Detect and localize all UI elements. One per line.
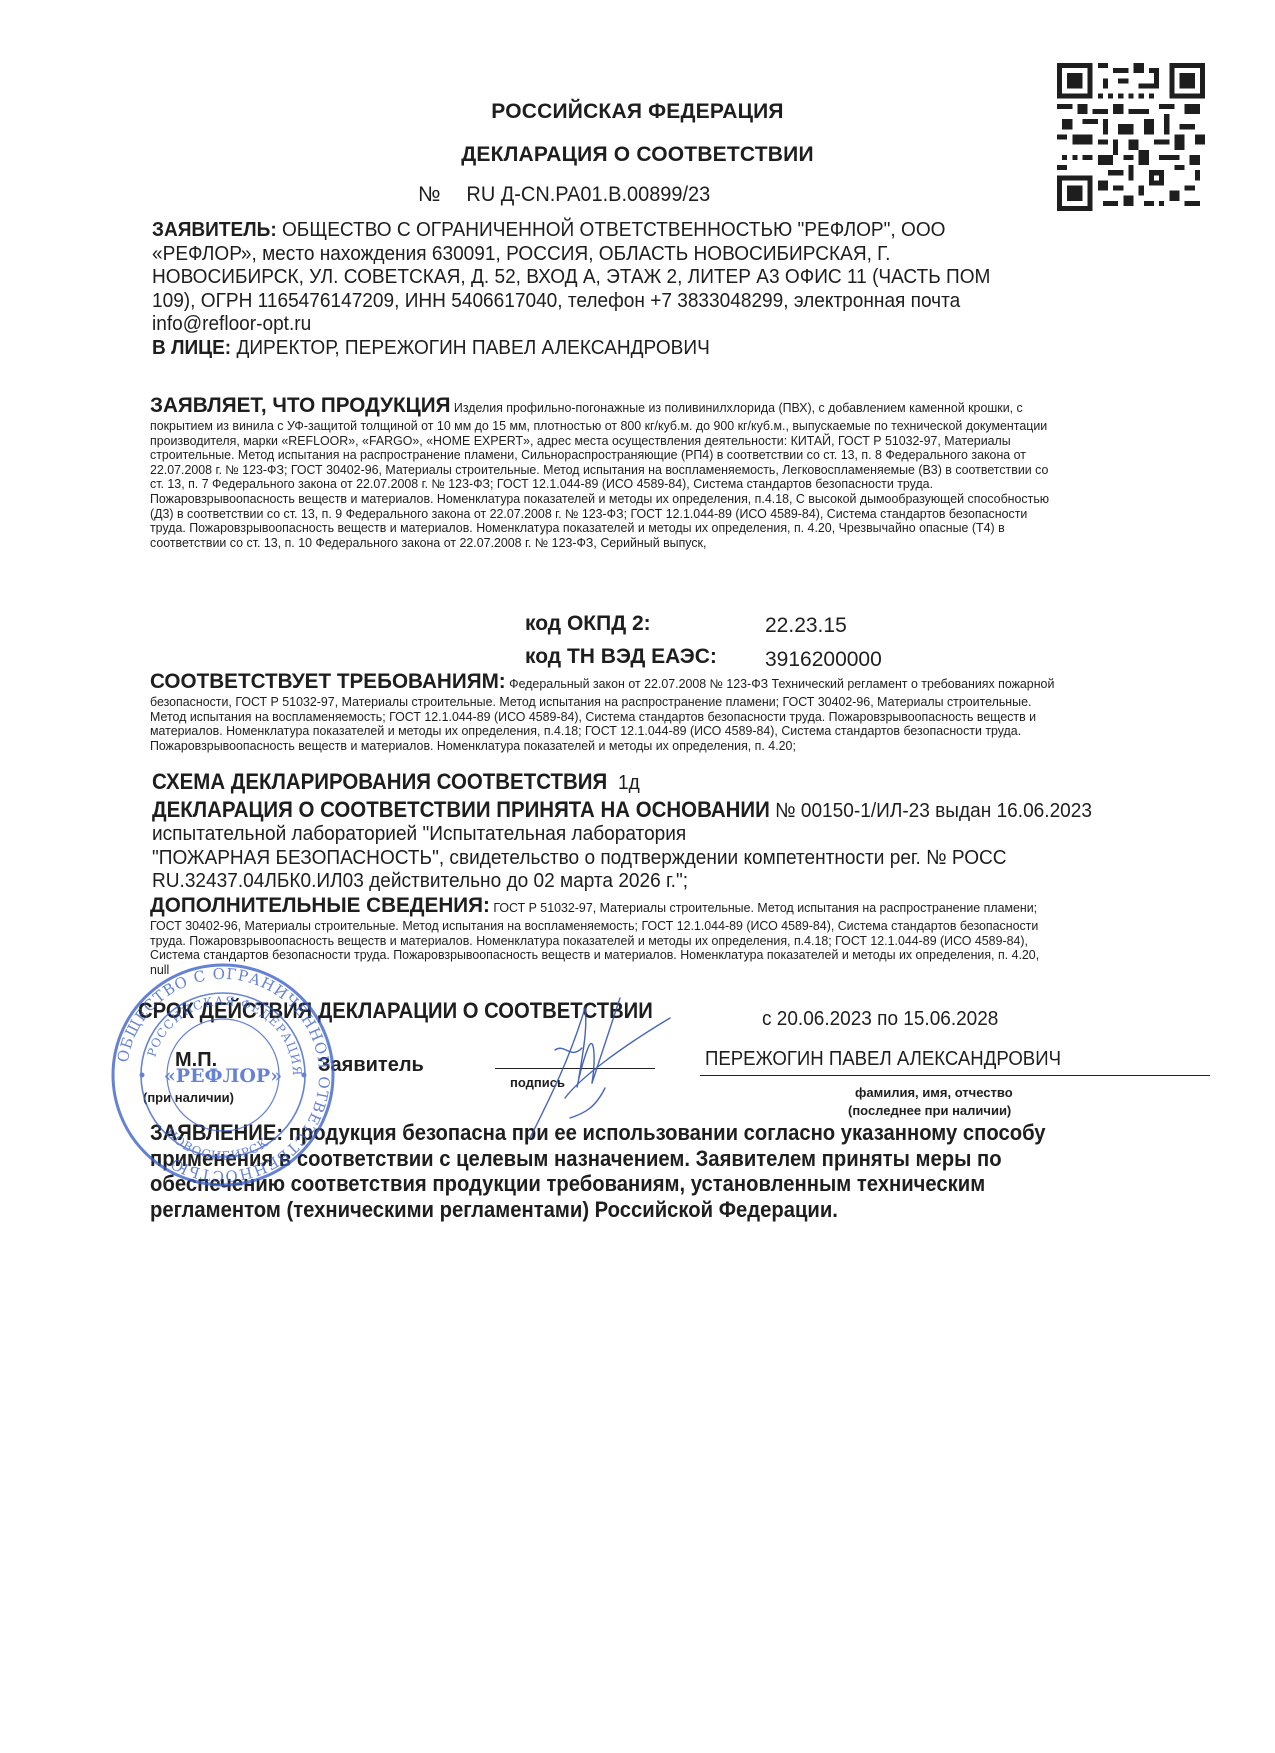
name-line <box>700 1075 1210 1076</box>
product-line: (Д3) в соответствии со ст. 13, п. 9 Феде… <box>150 507 1179 522</box>
signer-full-name: ПЕРЕЖОГИН ПАВЕЛ АЛЕКСАНДРОВИЧ <box>705 1048 1061 1071</box>
name-caption-1: фамилия, имя, отчество <box>855 1085 1013 1100</box>
product-line: строительные. Метод испытания на распрос… <box>150 448 1179 463</box>
applicant-line-2: «РЕФЛОР», место нахождения 630091, РОССИ… <box>152 242 1110 266</box>
declaration-number: № RU Д-CN.PA01.B.00899/23 <box>418 183 717 207</box>
product-line: Пожаровзрывоопасность веществ и материал… <box>150 492 1179 507</box>
requirements-label: СООТВЕТСТВУЕТ ТРЕБОВАНИЯМ: <box>150 670 506 693</box>
basis-line: испытательной лабораторией "Испытательна… <box>152 822 1110 846</box>
applicant-email: info@refloor-opt.ru <box>152 312 1110 336</box>
number-value: RU Д-CN.PA01.B.00899/23 <box>467 183 711 207</box>
statement-line: регламентом (техническими регламентами) … <box>150 1197 1125 1223</box>
basis-row: ДЕКЛАРАЦИЯ О СООТВЕТСТВИИ ПРИНЯТА НА ОСН… <box>152 798 1110 823</box>
applicant-line-4: 109), ОГРН 1165476147209, ИНН 5406617040… <box>152 289 1110 313</box>
number-sign: № <box>418 183 441 206</box>
requirements-block: СООТВЕТСТВУЕТ ТРЕБОВАНИЯМ: Федеральный з… <box>150 671 1179 753</box>
tnved-label: код ТН ВЭД ЕАЭС: <box>525 645 717 669</box>
represented-by-label: В ЛИЦЕ: <box>152 336 231 359</box>
company-seal-stamp: ОБЩЕСТВО С ОГРАНИЧЕННОЙ ОТВЕТСТВЕННОСТЬЮ… <box>108 960 338 1190</box>
requirements-line: безопасности, ГОСТ Р 51032-97, Материалы… <box>150 695 1179 710</box>
product-line: труда. Пожаровзрывоопасность веществ и м… <box>150 521 1179 536</box>
applicant-block: ЗАЯВИТЕЛЬ: ОБЩЕСТВО С ОГРАНИЧЕННОЙ ОТВЕТ… <box>152 218 1110 359</box>
scheme-value: 1д <box>618 771 640 794</box>
additional-first-line: ГОСТ Р 51032-97, Материалы строительные.… <box>493 901 1037 915</box>
basis-label: ДЕКЛАРАЦИЯ О СООТВЕТСТВИИ ПРИНЯТА НА ОСН… <box>152 797 770 822</box>
product-block: ЗАЯВЛЯЕТ, ЧТО ПРОДУКЦИЯ Изделия профильн… <box>150 395 1179 550</box>
additional-line: труда. Пожаровзрывоопасность веществ и м… <box>150 934 1179 949</box>
handwritten-signature <box>470 988 680 1148</box>
basis-line: RU.32437.04ЛБК0.ИЛ03 действительно до 02… <box>152 869 1110 893</box>
name-caption-2: (последнее при наличии) <box>848 1103 1011 1118</box>
scheme-row: СХЕМА ДЕКЛАРИРОВАНИЯ СООТВЕТСТВИЯ 1д <box>152 770 1110 795</box>
scheme-label: СХЕМА ДЕКЛАРИРОВАНИЯ СООТВЕТСТВИЯ <box>152 769 607 794</box>
product-line: ст. 13, п. 7 Федерального закона от 22.0… <box>150 477 1179 492</box>
basis-first-line: № 00150-1/ИЛ-23 выдан 16.06.2023 <box>775 799 1092 822</box>
validity-value: с 20.06.2023 по 15.06.2028 <box>762 1008 998 1032</box>
product-line: производителя, марки «REFLOOR», «FARGO»,… <box>150 434 1179 449</box>
okpd-label: код ОКПД 2: <box>525 612 651 636</box>
scheme-basis-block: СХЕМА ДЕКЛАРИРОВАНИЯ СООТВЕТСТВИЯ 1д ДЕК… <box>152 770 1110 893</box>
requirements-first-line: Федеральный закон от 22.07.2008 № 123-ФЗ… <box>509 677 1054 691</box>
tnved-value: 3916200000 <box>765 648 882 672</box>
represented-by: В ЛИЦЕ: ДИРЕКТОР, ПЕРЕЖОГИН ПАВЕЛ АЛЕКСА… <box>152 336 1110 360</box>
product-line: 22.07.2008 г. № 123-ФЗ; ГОСТ 30402-96, М… <box>150 463 1179 478</box>
requirements-line: Пожаровзрывоопасность веществ и материал… <box>150 739 1179 754</box>
requirements-line: материалов. Номенклатура показателей и м… <box>150 724 1179 739</box>
product-line: покрытием из винила с УФ-защитой толщино… <box>150 419 1179 434</box>
represented-by-value: ДИРЕКТОР, ПЕРЕЖОГИН ПАВЕЛ АЛЕКСАНДРОВИЧ <box>236 336 709 359</box>
okpd-value: 22.23.15 <box>765 614 847 638</box>
stamp-center-text: «РЕФЛОР» <box>164 1065 282 1087</box>
basis-line: "ПОЖАРНАЯ БЕЗОПАСНОСТЬ", свидетельство о… <box>152 846 1110 870</box>
product-line: соответствии со ст. 13, п. 10 Федерально… <box>150 536 1179 551</box>
requirements-line: Метод испытания на воспламеняемость; ГОС… <box>150 710 1179 725</box>
applicant-label: ЗАЯВИТЕЛЬ: <box>152 218 277 241</box>
applicant-line-1: ЗАЯВИТЕЛЬ: ОБЩЕСТВО С ОГРАНИЧЕННОЙ ОТВЕТ… <box>152 218 1110 242</box>
additional-label: ДОПОЛНИТЕЛЬНЫЕ СВЕДЕНИЯ: <box>150 894 490 917</box>
additional-line: ГОСТ 30402-96, Материалы строительные. М… <box>150 919 1179 934</box>
product-first-line: Изделия профильно-погонажные из поливини… <box>454 401 1023 415</box>
product-label: ЗАЯВЛЯЕТ, ЧТО ПРОДУКЦИЯ <box>150 394 450 417</box>
qr-code-icon <box>1057 62 1205 212</box>
applicant-line-3: НОВОСИБИРСК, УЛ. СОВЕТСКАЯ, Д. 52, ВХОД … <box>152 265 1110 289</box>
